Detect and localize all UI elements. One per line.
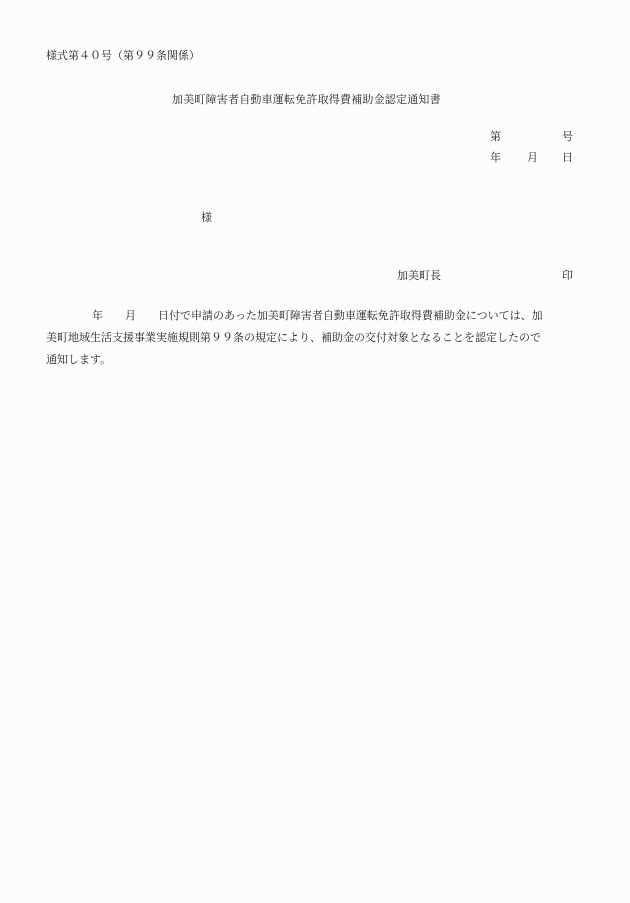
form-number: 様式第４０号（第９９条関係） bbox=[46, 49, 200, 63]
document-title: 加美町障害者自動車運転免許取得費補助金認定通知書 bbox=[172, 93, 441, 107]
date-year-label: 年 bbox=[490, 151, 501, 165]
body-paragraph: 年月日付で申請のあった加美町障害者自動車運転免許取得費補助金については、加 美町… bbox=[46, 305, 578, 371]
body-year-label: 年 bbox=[92, 309, 103, 322]
seal-mark: 印 bbox=[562, 269, 573, 283]
addressee-honorific: 様 bbox=[201, 211, 212, 225]
date-day-label: 日 bbox=[562, 151, 573, 165]
body-line-1-text: 日付で申請のあった加美町障害者自動車運転免許取得費補助金については、加 bbox=[158, 309, 543, 322]
body-line-3: 通知します。 bbox=[46, 349, 578, 371]
reference-number-prefix: 第 bbox=[490, 130, 501, 144]
body-line-2: 美町地域生活支援事業実施規則第９９条の規定により、補助金の交付対象となることを認… bbox=[46, 327, 578, 349]
reference-number-suffix: 号 bbox=[562, 130, 573, 144]
date-month-label: 月 bbox=[527, 151, 538, 165]
body-line-1: 年月日付で申請のあった加美町障害者自動車運転免許取得費補助金については、加 bbox=[46, 305, 578, 327]
issuer-title: 加美町長 bbox=[397, 269, 441, 283]
body-month-label: 月 bbox=[125, 309, 136, 322]
